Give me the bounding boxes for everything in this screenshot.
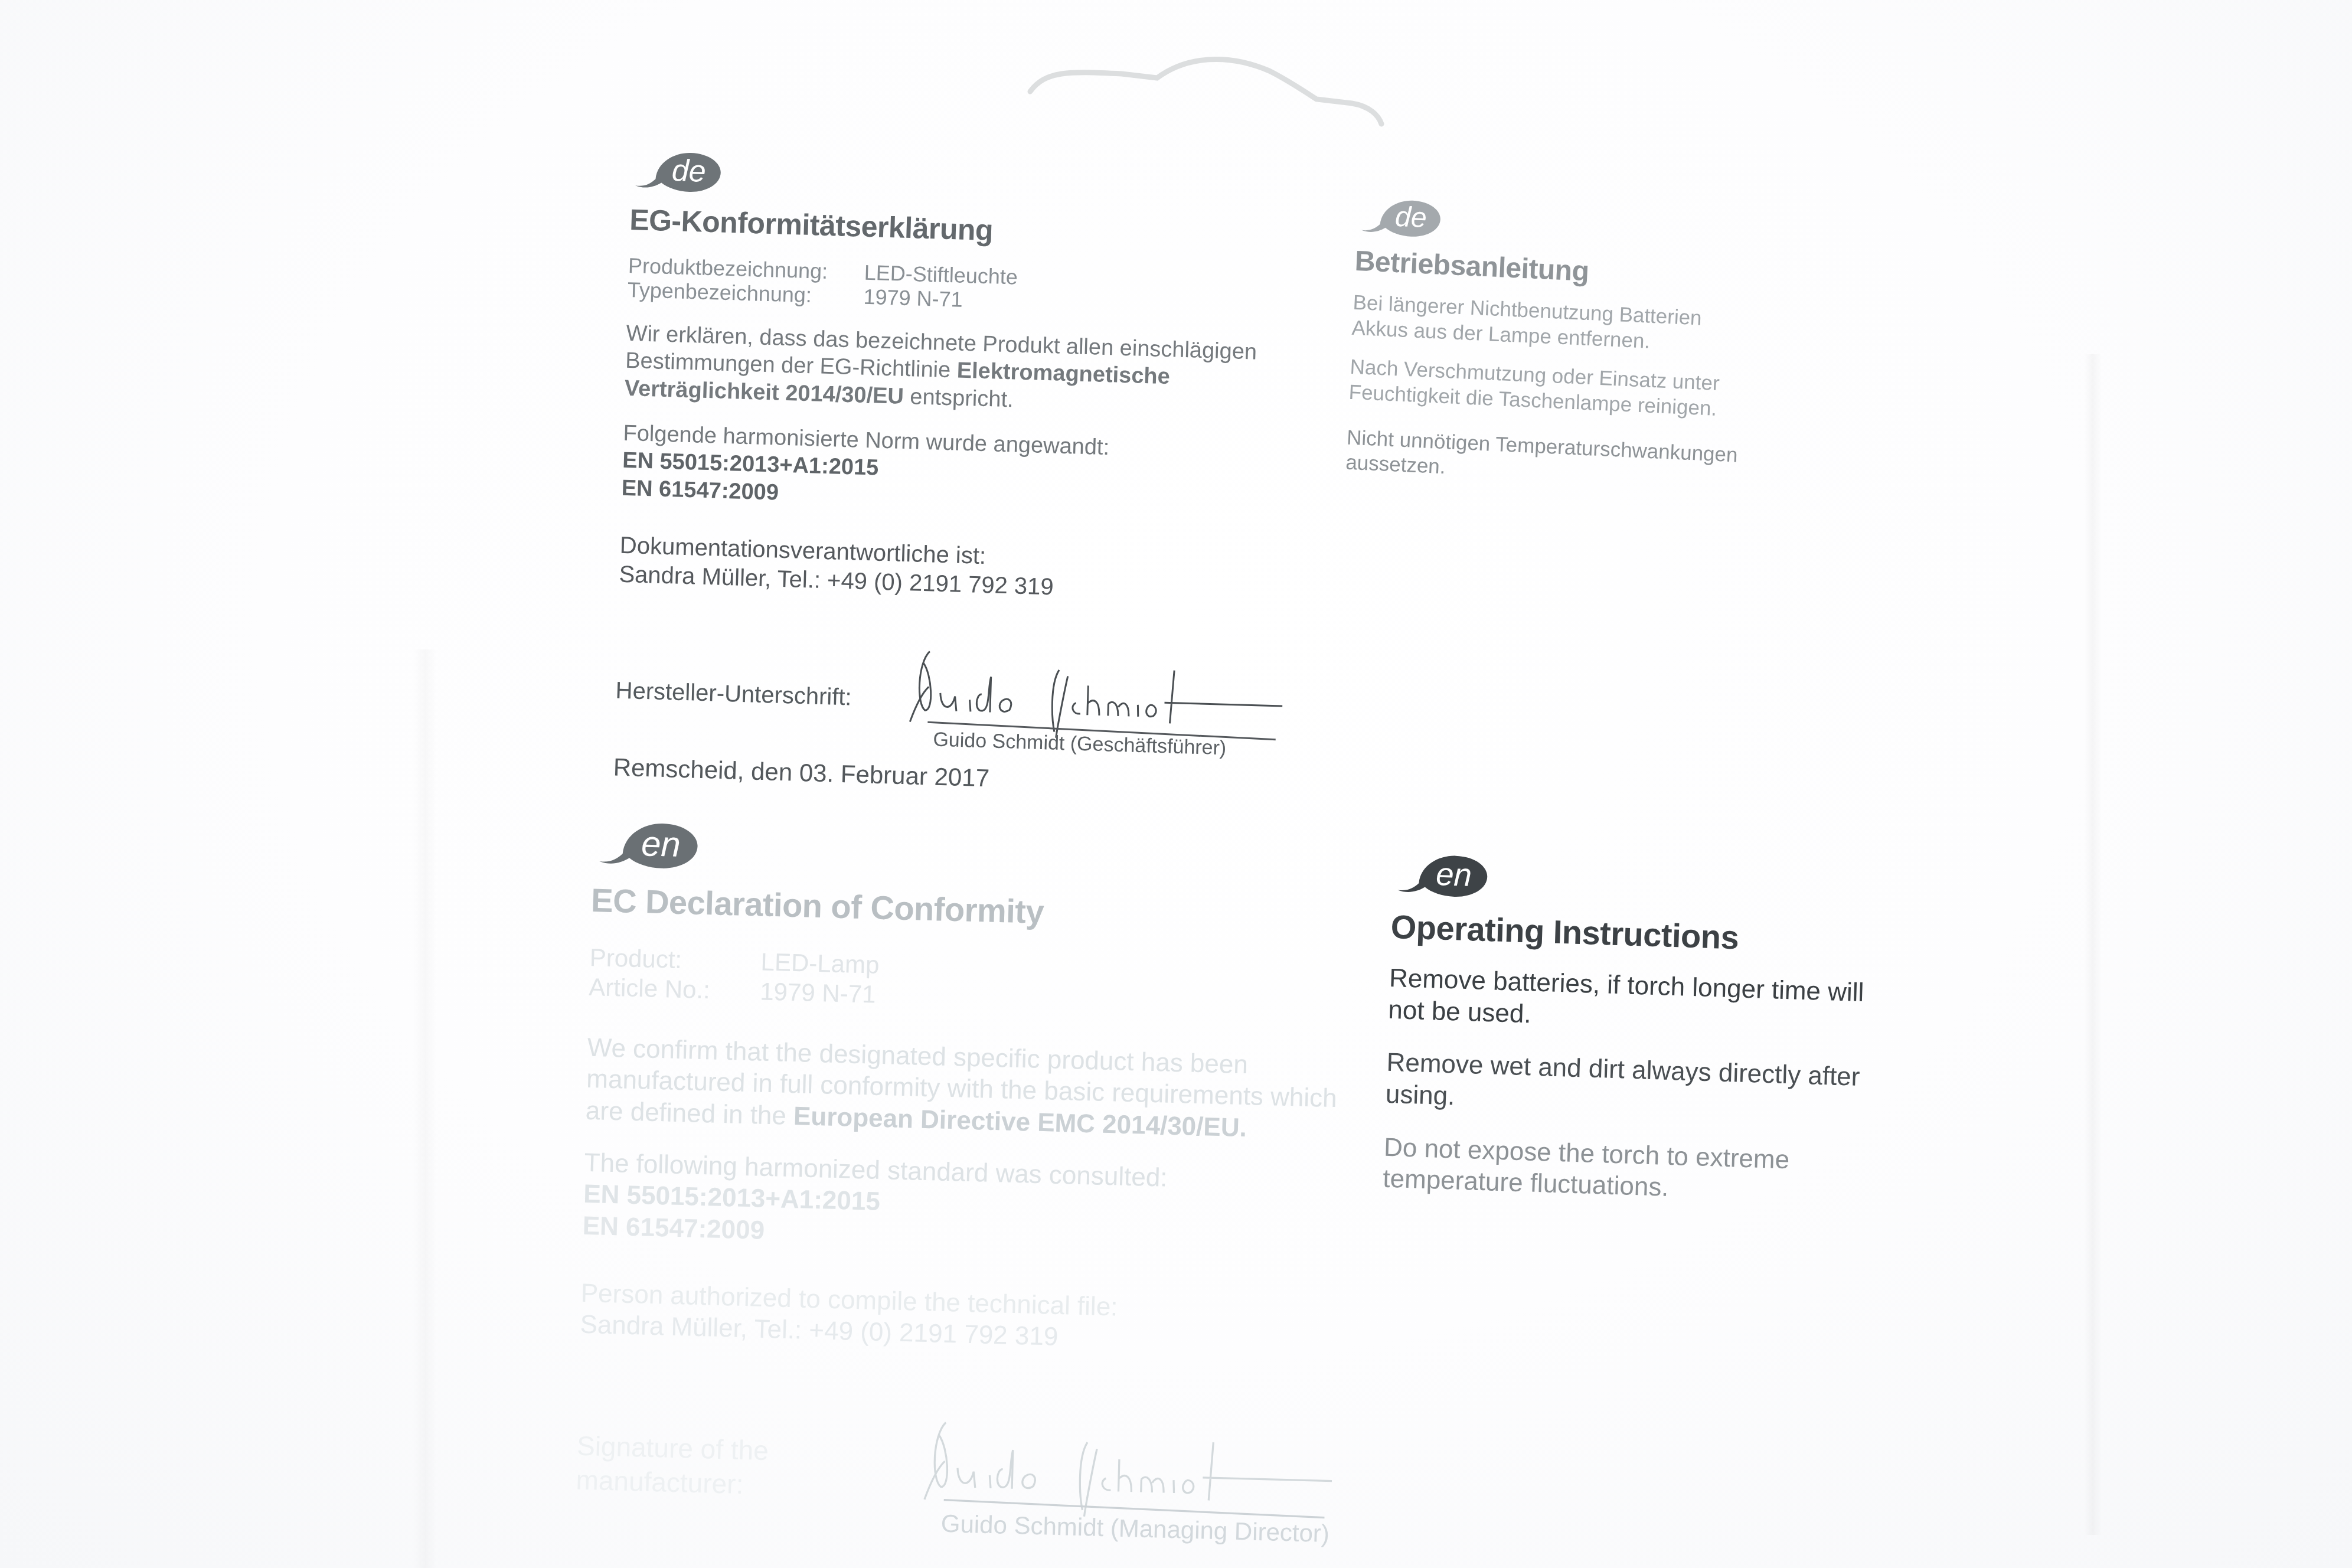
hang-hole-outline xyxy=(1021,47,1387,130)
svg-text:en: en xyxy=(641,824,681,864)
svg-text:de: de xyxy=(1394,201,1427,234)
svg-text:de: de xyxy=(671,153,707,189)
de-operating-title: Betriebsanleitung xyxy=(1354,245,1757,296)
field-value: 1979 N-71 xyxy=(760,977,876,1010)
field-value: LED-Lamp xyxy=(760,948,880,981)
field-label: Product: xyxy=(589,943,761,977)
svg-text:en: en xyxy=(1435,856,1472,893)
de-operating-section: de Betriebsanleitung Bei längerer Nichtb… xyxy=(1345,195,1759,494)
en-signature: Guido Schmidt (Managing Director) xyxy=(917,1403,1334,1555)
language-badge-de: de xyxy=(631,148,726,198)
de-signature: Guido Schmidt (Geschäftsführer) xyxy=(903,639,1285,768)
de-declaration-section: de EG-Konformitätserklärung Produktbezei… xyxy=(613,148,1304,801)
field-label: Article No.: xyxy=(589,972,760,1007)
en-operating-section: en Operating Instructions Remove batteri… xyxy=(1383,850,1877,1210)
de-declaration-title: EG-Konformitätserklärung xyxy=(629,202,1303,257)
paper-fold-shadow-right xyxy=(2084,354,2102,1535)
de-signature-label: Hersteller-Unterschrift: xyxy=(615,677,905,713)
language-badge-en: en xyxy=(592,818,705,875)
field-value: 1979 N-71 xyxy=(863,285,963,312)
en-operating-title: Operating Instructions xyxy=(1390,907,1876,961)
en-signature-label: Signature of the manufacturer: xyxy=(576,1429,920,1506)
language-badge-en: en xyxy=(1391,850,1494,903)
en-declaration-title: EC Declaration of Conformity xyxy=(590,881,1382,940)
en-declaration-section: en EC Declaration of Conformity Product:… xyxy=(574,818,1384,1556)
paper-fold-shadow-left xyxy=(413,649,437,1568)
language-badge-de: de xyxy=(1356,195,1446,243)
